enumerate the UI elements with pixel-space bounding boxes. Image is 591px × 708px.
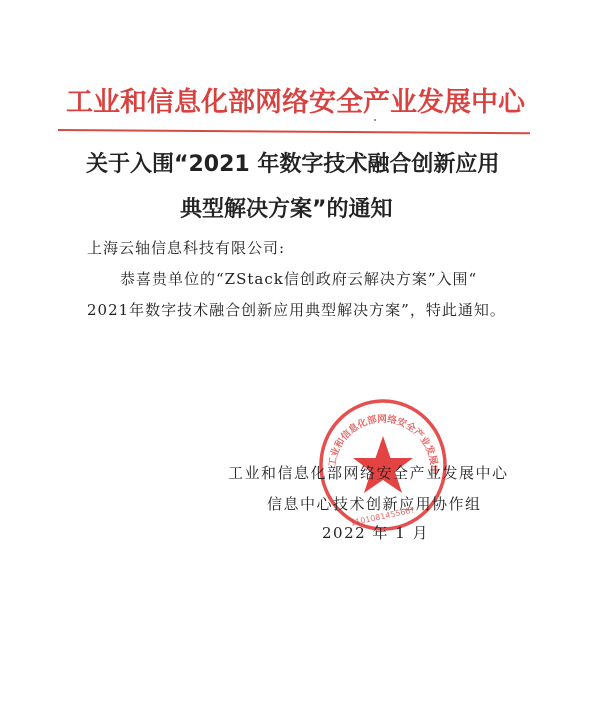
body-paragraph-line-1: 恭喜贵单位的“ZStack信创政府云解决方案”入围“	[120, 268, 477, 289]
letterhead-divider	[58, 129, 530, 134]
body-paragraph-line-2: 2021年数字技术融合创新应用典型解决方案”，特此通知。	[87, 299, 506, 320]
scan-speck	[374, 119, 376, 121]
signature-organization: 工业和信息化部网络安全产业发展中心	[228, 462, 509, 483]
salutation: 上海云轴信息科技有限公司:	[87, 237, 285, 258]
document-title-line-1: 关于入围“2021 年数字技术融合创新应用	[86, 147, 499, 178]
signature-date: 2022 年 1 月	[322, 522, 429, 543]
document-title-line-2: 典型解决方案”的通知	[180, 192, 392, 223]
letterhead-title: 工业和信息化部网络安全产业发展中心	[0, 80, 591, 119]
signature-group: 信息中心技术创新应用协作组	[267, 493, 482, 514]
